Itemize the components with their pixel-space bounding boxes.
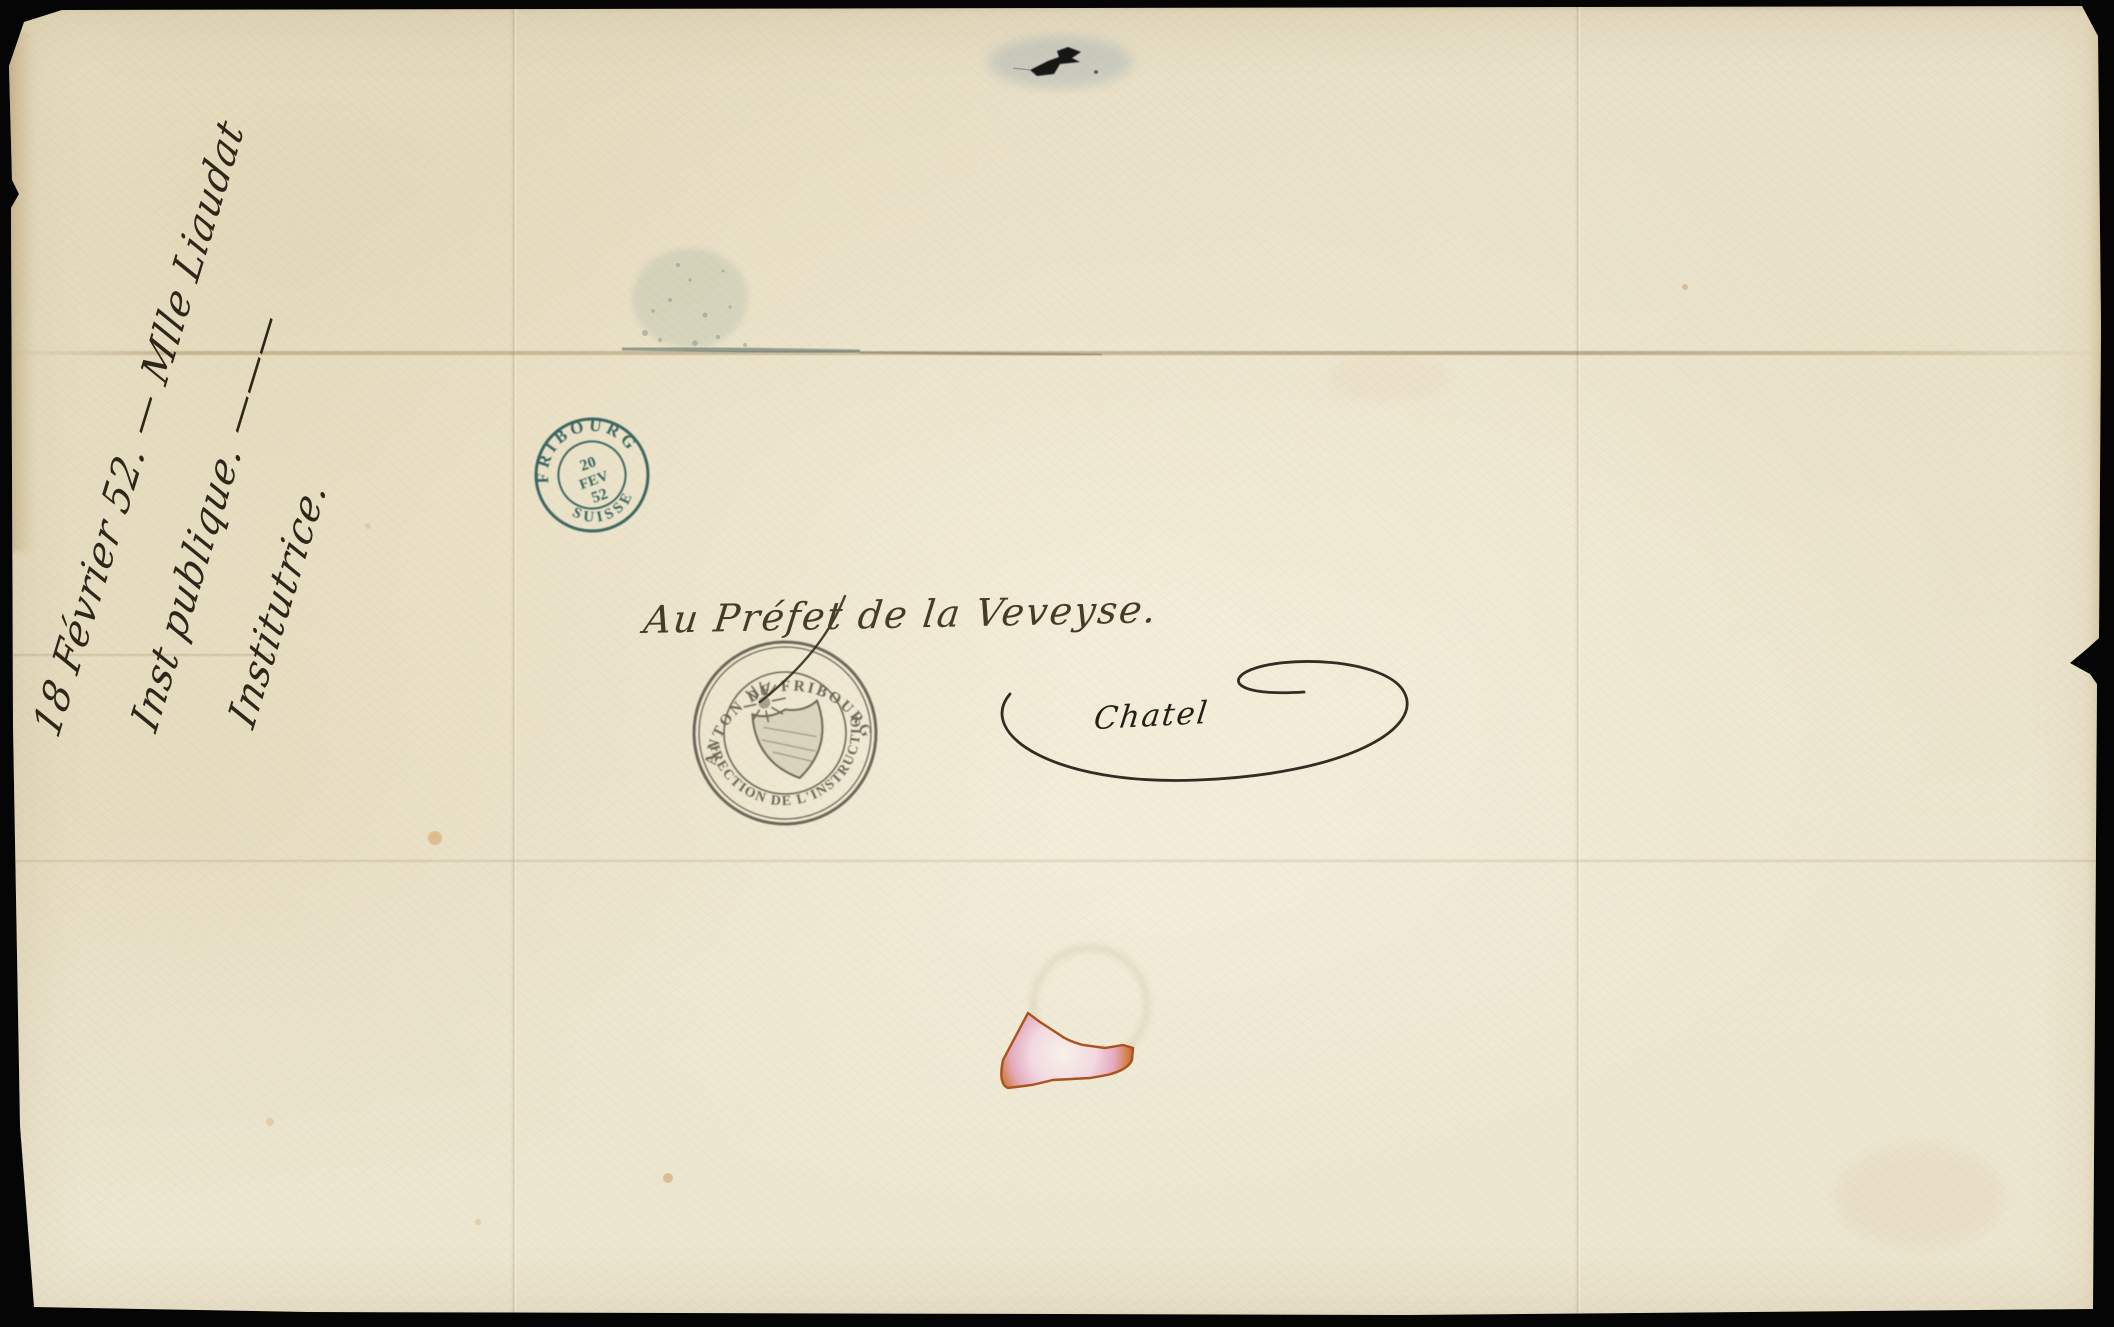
- age-spots: [266, 284, 2005, 1248]
- sunburst-icon: [739, 678, 790, 727]
- postmark-date-month: FEV: [577, 468, 611, 493]
- postmark-date-day: 20: [578, 453, 599, 474]
- paper-sheet: FRIBOURG SUISSE 20 FEV 52 CANTON DE FRIB…: [8, 6, 2104, 1318]
- stamp-top-arc: CANTON DE FRIBOURG·: [688, 661, 877, 775]
- postmark-outer-ring-icon: [520, 403, 664, 547]
- scanned-letter-photo: FRIBOURG SUISSE 20 FEV 52 CANTON DE FRIB…: [0, 0, 2114, 1327]
- postmark-top-arc: FRIBOURG: [517, 399, 645, 489]
- instruction-direction-stamp: CANTON DE FRIBOURG· DIRECTION DE L'INSTR…: [677, 625, 893, 841]
- right-edge-stain: [2088, 6, 2104, 1318]
- stamp-outer-ring-icon: [677, 625, 893, 841]
- postmark-inner-ring-icon: [549, 432, 635, 518]
- wax-seal: [1001, 1013, 1133, 1088]
- postmark-date-year: 52: [589, 485, 610, 506]
- stamp-middle-ring-icon: [683, 631, 887, 835]
- docket-note: 18 Février 52. — Mlle Liaudat Inst publi…: [2, 110, 453, 801]
- shield-icon: [751, 700, 833, 785]
- ghost-stamp-smudge: [632, 248, 748, 348]
- stamp-bottom-arc: DIRECTION DE L'INSTRUCTION: [704, 706, 879, 825]
- stamp-inner-ring-icon: [713, 661, 858, 806]
- fold-line-vertical-left: [511, 6, 517, 1318]
- address-line: Au Préfet de la Veveyse.: [641, 582, 1406, 642]
- fold-line-horizontal-bottom: [8, 858, 2104, 863]
- left-edge-stain: [8, 32, 34, 552]
- ink-blot: [988, 36, 1132, 88]
- fold-line-vertical-right: [1575, 6, 1581, 1318]
- postmark-bottom-arc: SUISSE: [566, 484, 643, 536]
- embossed-seal-ghost: [1033, 948, 1147, 1062]
- fribourg-postmark: FRIBOURG SUISSE 20 FEV 52: [517, 399, 666, 547]
- destination-signature: Chatel: [1092, 695, 1211, 737]
